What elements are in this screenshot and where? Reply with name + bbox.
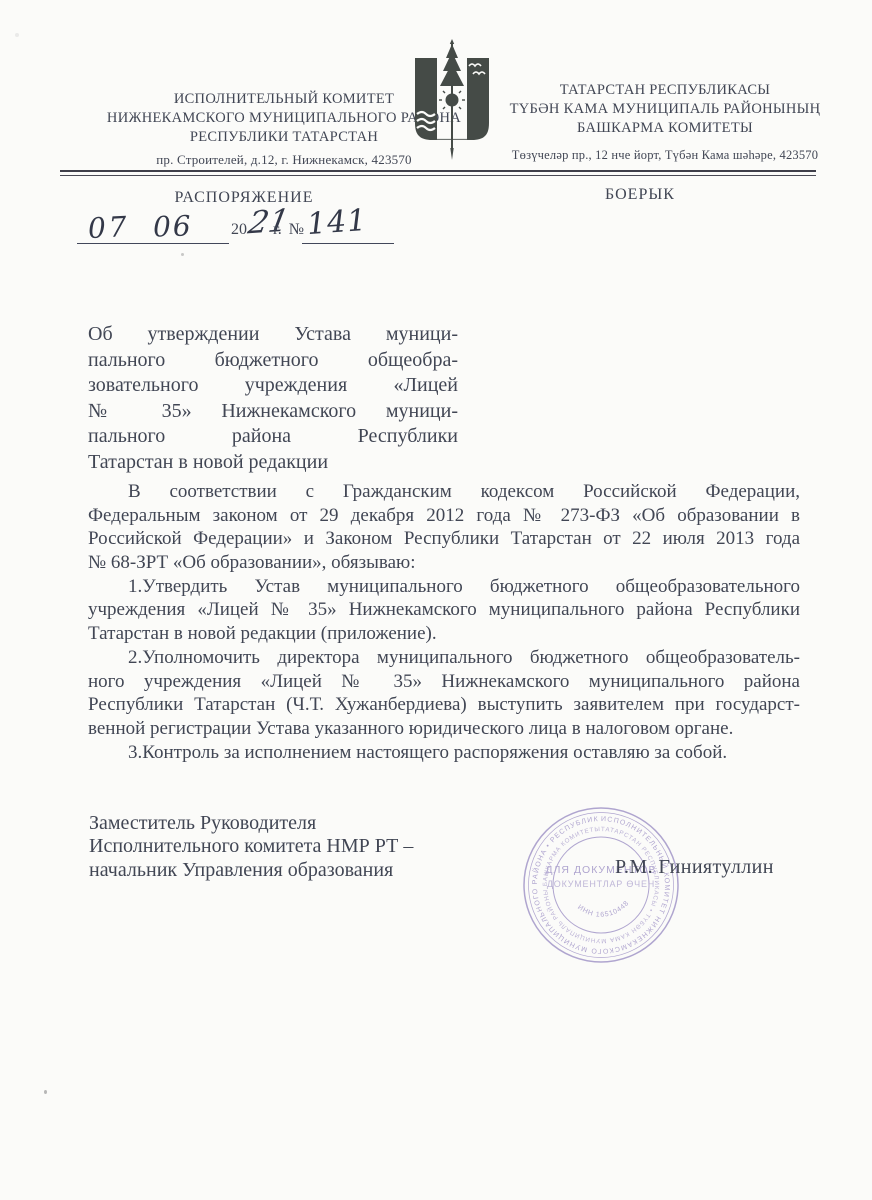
body-line: Российской Федерации» и Законом Республи… [88,527,800,551]
issuer-tt-line3: БАШКАРМА КОМИТЕТЫ [500,119,830,138]
coat-of-arms-icon [412,38,492,163]
body-text: В соответствии с Гражданским кодексом Ро… [88,480,800,764]
body-line: венной регистрации Устава указанного юри… [88,717,800,741]
issuer-tt-line2: ТҮБӘН КАМА МУНИЦИПАЛЬ РАЙОНЫНЫҢ [500,100,830,119]
body-line: Татарстан в новой редакции (приложение). [88,622,800,646]
handwritten-number: 141 [306,203,369,242]
body-line: № 68-ЗРТ «Об образовании», обязываю: [88,551,800,575]
emblem-right-panel [467,58,489,140]
issuer-address-tatar: Төзүчеләр пр., 12 нче йорт, Түбән Кама ш… [490,148,840,163]
issuer-name-tatar: ТАТАРСТАН РЕСПУБЛИКАСЫ ТҮБӘН КАМА МУНИЦИ… [500,81,830,138]
signatory-title-line: Исполнительного комитета НМР РТ – [89,835,509,858]
handwritten-day: 07 [87,210,130,245]
subject-line: Об утверждении Устава муници- [88,322,458,348]
document-page: ИСПОЛНИТЕЛЬНЫЙ КОМИТЕТ НИЖНЕКАМСКОГО МУН… [0,0,872,1200]
year-prefix-printed: 20 [231,221,247,239]
body-line: 3.Контроль за исполнением настоящего рас… [88,741,800,765]
year-number-label: г. № [273,221,304,239]
header-divider [60,170,816,176]
signatory-name: Р.М. Гиниятуллин [615,856,774,879]
body-line: учреждения «Лицей № 35» Нижнекамского му… [88,598,800,622]
body-line: 1.Утвердить Устав муниципального бюджетн… [88,575,800,599]
scan-speck [181,253,184,256]
scan-speck [15,33,19,37]
body-line: ного учреждения «Лицей № 35» Нижнекамско… [88,670,800,694]
signatory-title-line: начальник Управления образования [89,859,509,882]
body-line: В соответствии с Гражданским кодексом Ро… [88,480,800,504]
official-stamp: ИСПОЛНИТЕЛЬНЫЙ КОМИТЕТ НИЖНЕКАМСКОГО МУН… [506,790,696,980]
signatory-title-line: Заместитель Руководителя [89,812,509,835]
date-underline [77,243,229,244]
body-line: 2.Уполномочить директора муниципального … [88,646,800,670]
signatory-title-block: Заместитель Руководителя Исполнительного… [89,812,509,882]
subject-line: Татарстан в новой редакции [88,450,458,476]
subject-line: пального района Республики [88,424,458,450]
scan-speck [44,1090,47,1094]
handwritten-month: 06 [152,209,193,243]
stamp-center-line2: ДОКУМЕНТЛАР ӨЧЕН [547,879,655,889]
body-line: Республики Татарстан (Ч.Т. Хужанбердиева… [88,693,800,717]
body-line: Федеральным законом от 29 декабря 2012 г… [88,504,800,528]
subject-line: № 35» Нижнекамского муници- [88,399,458,425]
subject-line: пального бюджетного общеобра- [88,348,458,374]
number-underline [302,243,394,244]
issuer-tt-line1: ТАТАРСТАН РЕСПУБЛИКАСЫ [500,81,830,100]
subject-line: зовательного учреждения «Лицей [88,373,458,399]
doc-type-tatar: БОЕРЫК [560,186,720,204]
subject-block: Об утверждении Устава муници- пального б… [88,322,458,475]
